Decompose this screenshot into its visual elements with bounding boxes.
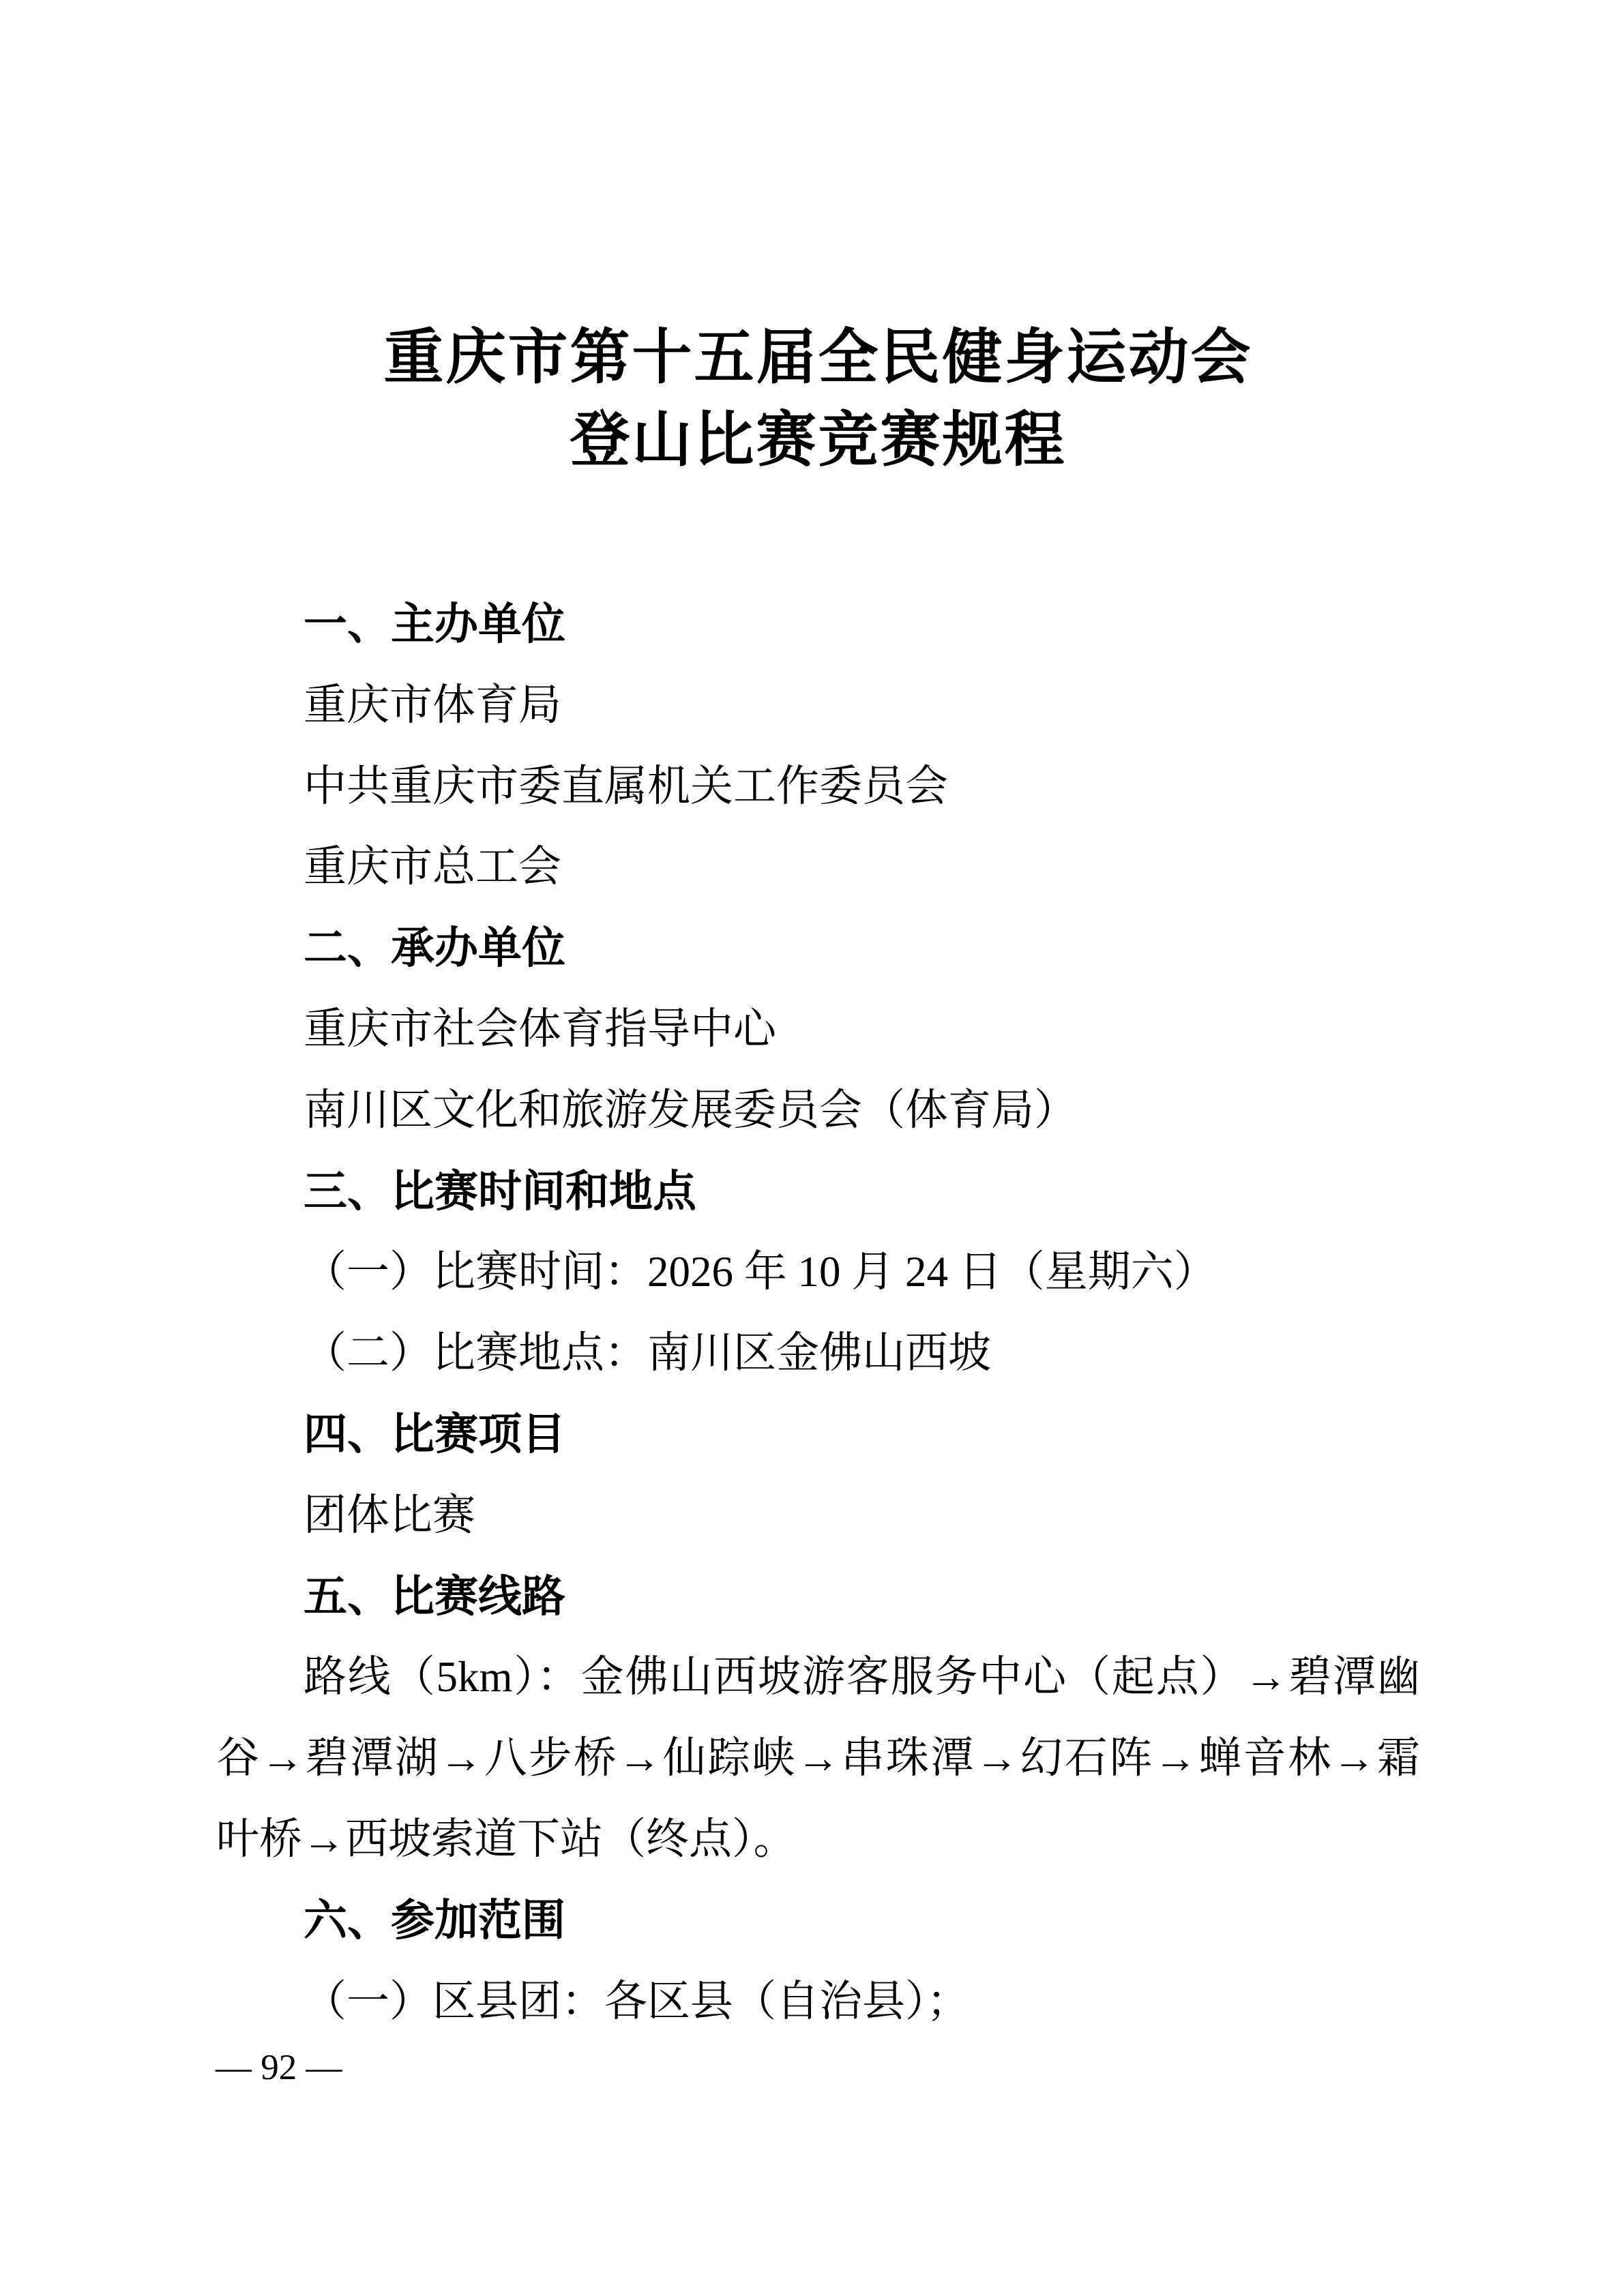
title-line-1: 重庆市第十五届全民健身运动会: [216, 317, 1420, 400]
text-line: （二）比赛地点：南川区金佛山西坡: [216, 1313, 1420, 1394]
section-heading: 二、承办单位: [216, 908, 1420, 989]
section-heading: 三、比赛时间和地点: [216, 1151, 1420, 1232]
text-line: 南川区文化和旅游发展委员会（体育局）: [216, 1070, 1420, 1151]
section-heading: 一、主办单位: [216, 584, 1420, 665]
text-line: 谷→碧潭湖→八步桥→仙踪峡→串珠潭→幻石阵→蝉音林→霜: [216, 1718, 1420, 1799]
text-line: 中共重庆市委直属机关工作委员会: [216, 746, 1420, 827]
text-line: 叶桥→西坡索道下站（终点）。: [216, 1799, 1420, 1880]
text-line: 路线（5km）：金佛山西坡游客服务中心（起点）→碧潭幽: [216, 1637, 1420, 1718]
document-page: 重庆市第十五届全民健身运动会 登山比赛竞赛规程 一、主办单位重庆市体育局中共重庆…: [0, 0, 1624, 2296]
page-number: — 92 —: [216, 2047, 342, 2088]
document-title: 重庆市第十五届全民健身运动会 登山比赛竞赛规程: [216, 317, 1420, 482]
text-line: 重庆市社会体育指导中心: [216, 989, 1420, 1070]
text-line: （一）区县团：各区县（自治县）；: [216, 1961, 1420, 2042]
section-heading: 六、参加范围: [216, 1880, 1420, 1961]
section-heading: 四、比赛项目: [216, 1394, 1420, 1475]
title-line-2: 登山比赛竞赛规程: [216, 400, 1420, 482]
section-heading: 五、比赛线路: [216, 1556, 1420, 1637]
text-line: 重庆市总工会: [216, 826, 1420, 908]
document-body: 一、主办单位重庆市体育局中共重庆市委直属机关工作委员会重庆市总工会二、承办单位重…: [216, 584, 1420, 2042]
text-line: 重庆市体育局: [216, 665, 1420, 746]
text-line: （一）比赛时间：2026 年 10 月 24 日（星期六）: [216, 1232, 1420, 1313]
text-line: 团体比赛: [216, 1475, 1420, 1556]
